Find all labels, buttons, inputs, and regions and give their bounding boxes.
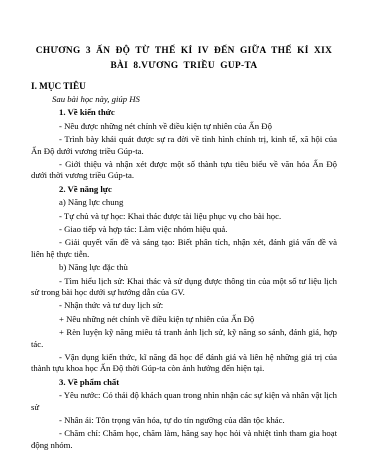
intro-note: Sau bài học này, giúp HS xyxy=(31,94,337,105)
paragraph: + Rèn luyện kỹ năng miêu tả tranh ảnh lị… xyxy=(31,327,337,350)
subsection-heading: 1. Về kiến thức xyxy=(31,107,337,118)
paragraph: - Giới thiệu và nhận xét được một số thà… xyxy=(31,159,337,182)
paragraph: - Tìm hiểu lịch sử: Khai thác và sử dụng… xyxy=(31,276,337,299)
paragraph: - Trình bày khái quát được sự ra đời về … xyxy=(31,134,337,157)
paragraph: - Chăm chỉ: Chăm học, chăm làm, hăng say… xyxy=(31,428,337,451)
paragraph: - Nhận thức và tư duy lịch sử: xyxy=(31,300,337,311)
chapter-title: CHƯƠNG 3 ẤN ĐỘ TỪ THẾ KỈ IV ĐẾN GIỮA THẾ… xyxy=(31,44,337,59)
paragraph: - Vận dụng kiến thức, kĩ năng đã học để … xyxy=(31,352,337,375)
subsection-heading: 2. Về năng lực xyxy=(31,184,337,195)
document-body: I. MỤC TIÊUSau bài học này, giúp HS1. Về… xyxy=(31,81,337,451)
paragraph: - Giao tiếp và hợp tác: Làm việc nhóm hi… xyxy=(31,224,337,235)
paragraph: - Nhân ái: Tôn trọng văn hóa, tự do tín … xyxy=(31,415,337,426)
paragraph: - Giải quyết vấn đề và sáng tạo: Biết ph… xyxy=(31,237,337,260)
subsection-heading: 3. Về phẩm chất xyxy=(31,377,337,388)
paragraph: - Tự chủ và tự học: Khai thác được tài l… xyxy=(31,211,337,222)
list-label: a) Năng lực chung xyxy=(31,197,337,208)
document-page: CHƯƠNG 3 ẤN ĐỘ TỪ THẾ KỈ IV ĐẾN GIỮA THẾ… xyxy=(0,0,366,473)
paragraph: - Yêu nước: Có thái độ khách quan trong … xyxy=(31,390,337,413)
section-heading: I. MỤC TIÊU xyxy=(31,81,337,92)
paragraph: + Nêu những nét chính về điều kiện tự nh… xyxy=(31,314,337,325)
paragraph: - Nêu được những nét chính về điều kiện … xyxy=(31,121,337,132)
list-label: b) Năng lực đặc thù xyxy=(31,262,337,273)
lesson-title: BÀI 8.VƯƠNG TRIỀU GUP-TA xyxy=(31,59,337,74)
